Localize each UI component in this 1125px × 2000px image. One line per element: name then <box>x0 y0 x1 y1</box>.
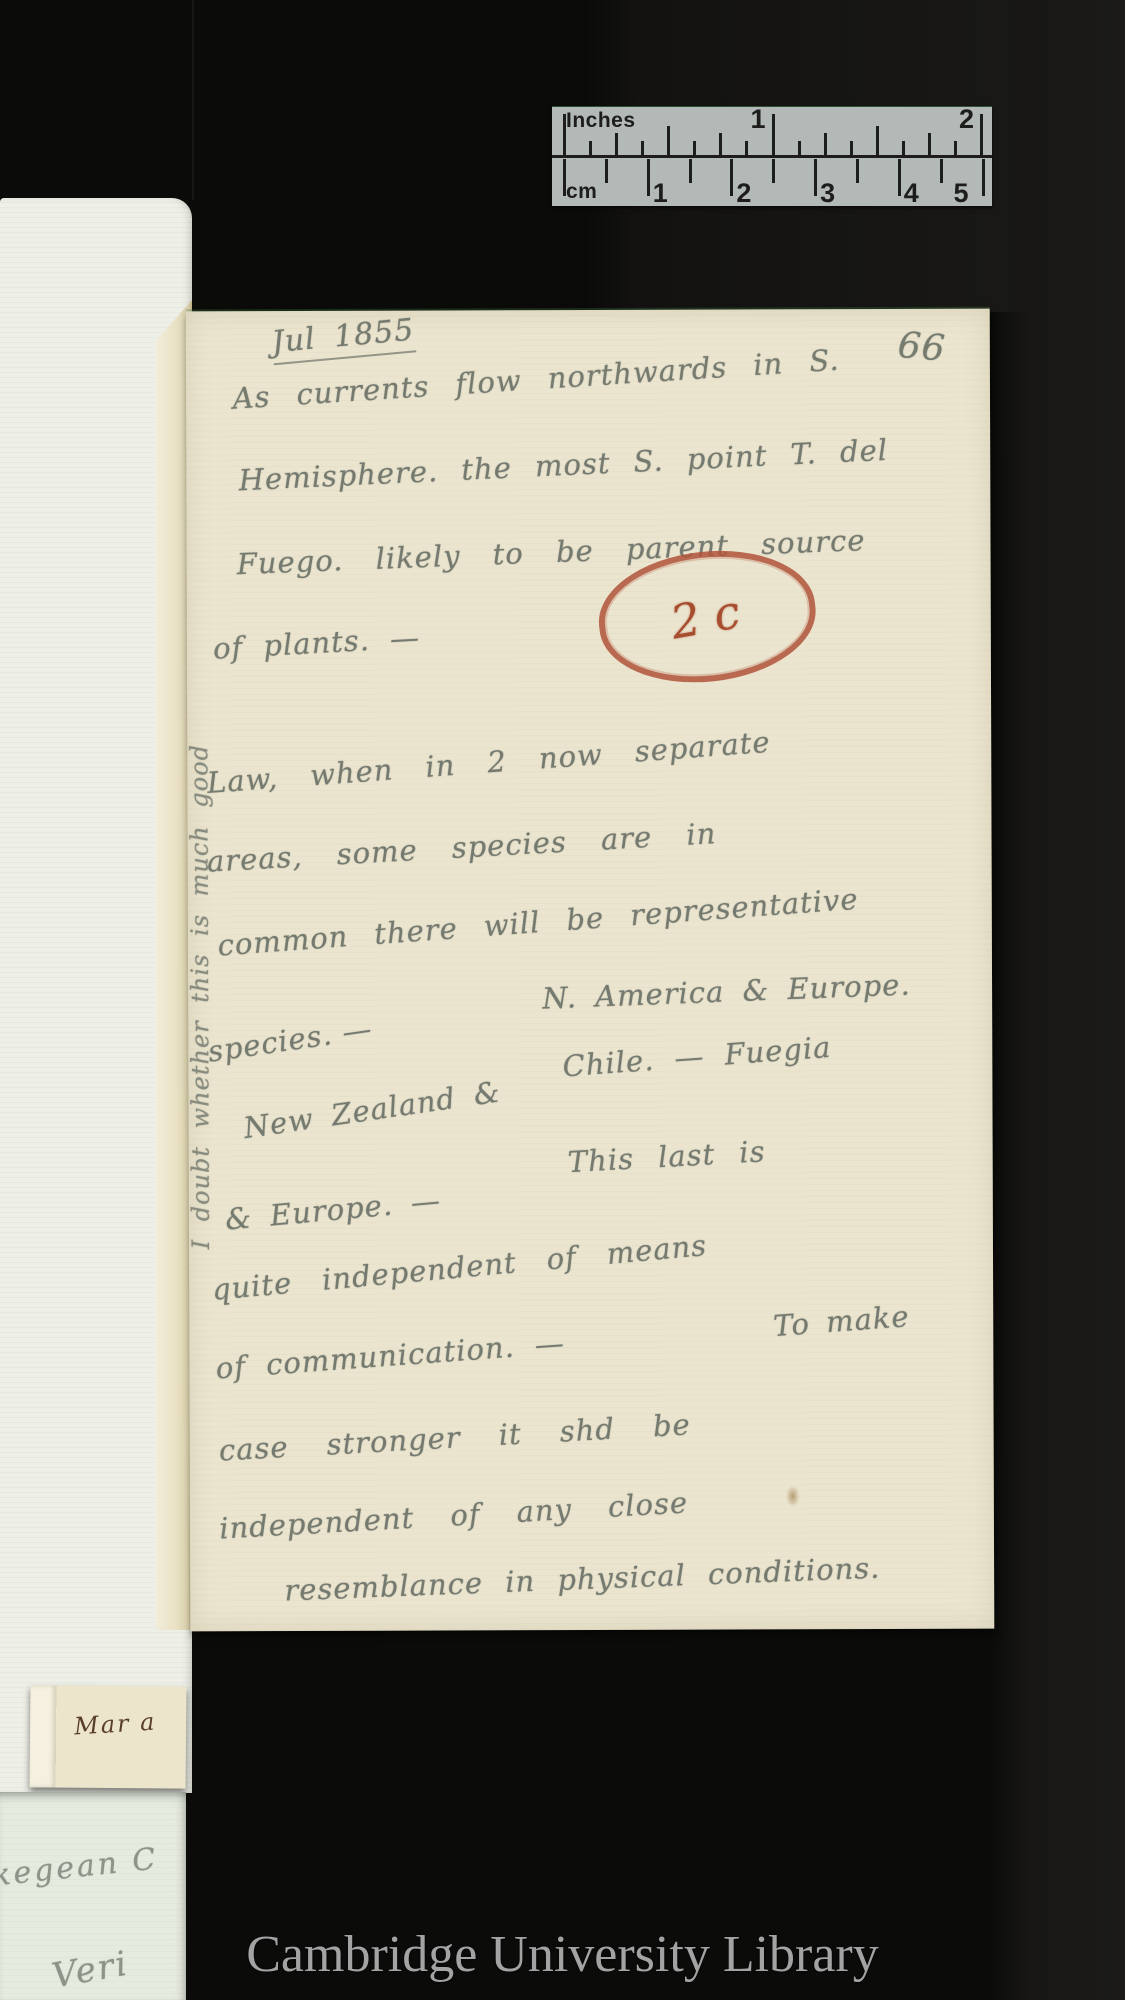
paper-slip: Mar a <box>30 1685 187 1788</box>
ruler-tick <box>798 141 801 156</box>
manuscript-line: case stronger it shd be <box>218 1407 692 1467</box>
ruler-tick <box>745 141 748 156</box>
manuscript-line: areas, some species are in <box>206 816 717 878</box>
ruler-tick <box>814 159 817 196</box>
manuscript-line: Hemisphere. the most S. point T. del <box>238 433 889 498</box>
ruler-tick <box>589 141 592 156</box>
ruler-tick <box>647 159 650 196</box>
ruler-tick <box>902 141 905 156</box>
manuscript-line: common there will be representative <box>216 882 859 963</box>
photo-canvas: { "watermark": { "text": "Cambridge Univ… <box>0 0 1125 2000</box>
manuscript-line: species. — <box>206 1011 375 1068</box>
manuscript-line: This last is <box>567 1134 766 1179</box>
watermark: Cambridge University Library <box>0 1925 1125 1984</box>
manuscript-line: Law, when in 2 now separate <box>206 725 772 800</box>
ruler-tick <box>605 159 608 183</box>
ruler-tick <box>719 133 722 156</box>
velvet-seam <box>192 0 194 200</box>
ruler-tick <box>824 133 827 156</box>
ruler-tick <box>615 133 618 156</box>
ruler-tick <box>730 159 733 196</box>
ruler-inches-label: Inches <box>566 109 636 133</box>
ruler-top-row: Inches 12 <box>552 107 992 156</box>
manuscript-line: independent of any close <box>218 1485 689 1545</box>
page-number: 66 <box>896 325 947 370</box>
ruler: Inches 12 cm 12345 <box>552 107 992 206</box>
ruler-cm-number: 3 <box>820 178 835 206</box>
ruler-tick <box>667 126 670 156</box>
ruler-tick <box>850 141 853 156</box>
slip-text: Mar a <box>73 1708 157 1741</box>
manuscript-line: of communication. — <box>215 1326 566 1386</box>
slip-tape <box>30 1685 57 1787</box>
ruler-tick <box>980 114 983 156</box>
ruler-tick <box>641 141 644 156</box>
manuscript-line: To make <box>772 1299 910 1343</box>
manuscript-date: Jul 1855 <box>270 312 416 365</box>
red-annotation-text: 2c <box>657 582 758 652</box>
ruler-tick <box>954 141 957 156</box>
ruler-bottom-row: cm 12345 <box>552 159 992 206</box>
manuscript-line: N. America & Europe. <box>542 967 912 1015</box>
ruler-tick <box>982 159 985 196</box>
velvet-highlight-right <box>990 0 1125 2000</box>
ruler-inch-number: 2 <box>940 107 974 135</box>
ruler-inch-number: 1 <box>732 107 766 135</box>
lower-fragment-line-1: kegean C <box>0 1841 160 1893</box>
ruler-cm-number: 1 <box>653 178 668 206</box>
ruler-tick <box>693 141 696 156</box>
ruler-tick <box>563 159 566 196</box>
ruler-tick <box>876 126 879 156</box>
ruler-tick <box>772 114 775 156</box>
manuscript-line: quite independent of means <box>211 1228 709 1307</box>
ruler-tick <box>928 133 931 156</box>
manuscript-line: & Europe. — <box>224 1183 443 1236</box>
manuscript-line: New Zealand & <box>241 1074 502 1145</box>
ruler-cm-label: cm <box>566 180 597 204</box>
ruler-divider <box>552 155 992 158</box>
manuscript-line: of plants. — <box>212 620 421 666</box>
margin-note: I doubt whether this is much good <box>186 609 215 1249</box>
ruler-cm-number: 4 <box>904 178 919 206</box>
ruler-tick <box>772 159 775 183</box>
ruler-tick <box>689 159 692 183</box>
ruler-tick <box>856 159 859 183</box>
stain-spot <box>786 1485 800 1507</box>
ruler-tick <box>940 159 943 183</box>
ruler-tick <box>563 114 566 156</box>
ruler-tick <box>898 159 901 196</box>
ruler-cm-number: 2 <box>736 178 751 206</box>
manuscript-page: Jul 1855 66 As currents flow northwards … <box>186 309 995 1632</box>
manuscript-line: resemblance in physical conditions. <box>284 1551 881 1608</box>
manuscript-line: Chile. — Fuegia <box>561 1030 832 1084</box>
ruler-cm-number: 5 <box>954 178 969 206</box>
